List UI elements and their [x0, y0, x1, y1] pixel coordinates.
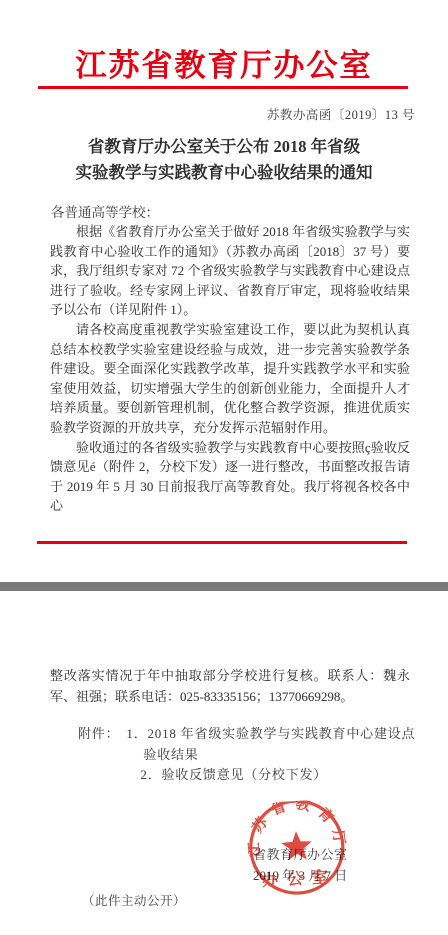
letterhead-org-name: 江苏省教育厅办公室 — [0, 40, 448, 85]
doc-title-line1: 省教育厅办公室关于公布 2018 年省级 — [88, 137, 360, 156]
page-2: 整改落实情况于年中抽取部分学校进行复核。联系人：魏永军、祖强；联系电话：025-… — [0, 591, 448, 935]
doc-title-line2: 实验教学与实践教育中心验收结果的通知 — [76, 163, 373, 182]
attachment-item-2: 2．验收反馈意见（分校下发） — [140, 765, 422, 786]
attachments-label: 附件： — [78, 724, 119, 786]
paragraph-3-continued: 整改落实情况于年中抽取部分学校进行复核。联系人：魏永军、祖强；联系电话：025-… — [50, 665, 410, 707]
document-scan: 江苏省教育厅办公室 苏教办高函〔2019〕13 号 省教育厅办公室关于公布 20… — [0, 0, 448, 935]
doc-title: 省教育厅办公室关于公布 2018 年省级 实验教学与实践教育中心验收结果的通知 — [0, 134, 448, 186]
page-1: 江苏省教育厅办公室 苏教办高函〔2019〕13 号 省教育厅办公室关于公布 20… — [0, 0, 448, 582]
paragraph-3: 验收通过的各省级实验教学与实践教育中心要按照ç验收反馈意见é（附件 2，分校下发… — [50, 438, 410, 516]
seal-star-icon — [281, 830, 313, 860]
page-footer-divider — [37, 541, 407, 544]
paragraph-2: 请各校高度重视教学实验室建设工作，要以此为契机认真总结本校教学实验室建设经验与成… — [50, 320, 410, 438]
seal-bottom-text: 办公室 — [261, 867, 337, 890]
paragraph-1: 根据《省教育厅办公室关于做好 2018 年省级实验教学与实践教育中心验收工作的通… — [50, 222, 410, 320]
attachment-item-1: 1．2018 年省级实验教学与实践教育中心建设点验收结果 — [126, 724, 422, 765]
salutation: 各普通高等学校： — [51, 201, 159, 221]
attachments-list: 1．2018 年省级实验教学与实践教育中心建设点验收结果 2．验收反馈意见（分校… — [126, 724, 422, 786]
attachments-block: 附件： 1．2018 年省级实验教学与实践教育中心建设点验收结果 2．验收反馈意… — [78, 724, 422, 786]
doc-number: 苏教办高函〔2019〕13 号 — [267, 105, 415, 123]
letterhead-divider — [38, 86, 408, 89]
page-separator — [0, 582, 448, 591]
body-text: 根据《省教育厅办公室关于做好 2018 年省级实验教学与实践教育中心验收工作的通… — [50, 222, 410, 516]
disclosure-note: （此件主动公开） — [82, 891, 186, 909]
official-seal-icon: 江苏省教育厅 办公室 — [245, 798, 350, 903]
